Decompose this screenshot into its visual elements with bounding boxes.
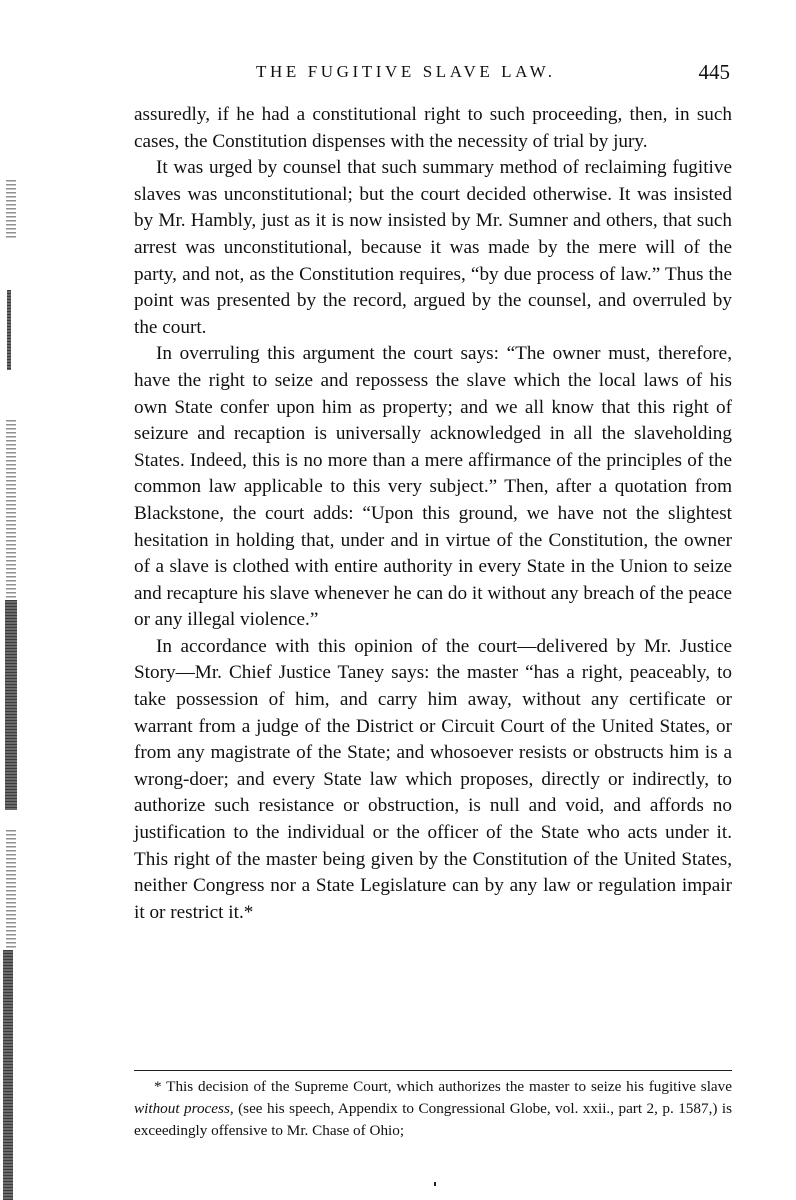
footnote-text: This decision of the Supreme Court, whic… — [166, 1078, 732, 1095]
footnote: * This decision of the Supreme Court, wh… — [134, 1076, 732, 1142]
running-title: THE FUGITIVE SLAVE LAW. — [256, 62, 556, 82]
footnote-marker: * — [154, 1078, 162, 1095]
gutter-speckle — [6, 420, 16, 600]
paragraph-continuation: assuredly, if he had a constitutional ri… — [134, 102, 732, 155]
page-number: 445 — [699, 60, 731, 85]
running-head: THE FUGITIVE SLAVE LAW. 445 — [134, 62, 732, 90]
footnote-italic-text: without process, — [134, 1100, 234, 1117]
body-text: assuredly, if he had a constitutional ri… — [134, 102, 732, 926]
gutter-stain — [3, 950, 13, 1200]
paragraph: In accordance with this opinion of the c… — [134, 634, 732, 927]
gutter-stain — [7, 290, 11, 370]
scanned-gutter-shadow — [0, 0, 60, 1200]
paragraph: It was urged by counsel that such summar… — [134, 155, 732, 341]
gutter-stain — [5, 600, 17, 810]
gutter-speckle — [6, 830, 16, 950]
scan-speck — [434, 1182, 436, 1186]
footnote-divider — [134, 1070, 732, 1071]
paragraph: In overruling this argument the court sa… — [134, 341, 732, 634]
gutter-speckle — [6, 180, 16, 240]
